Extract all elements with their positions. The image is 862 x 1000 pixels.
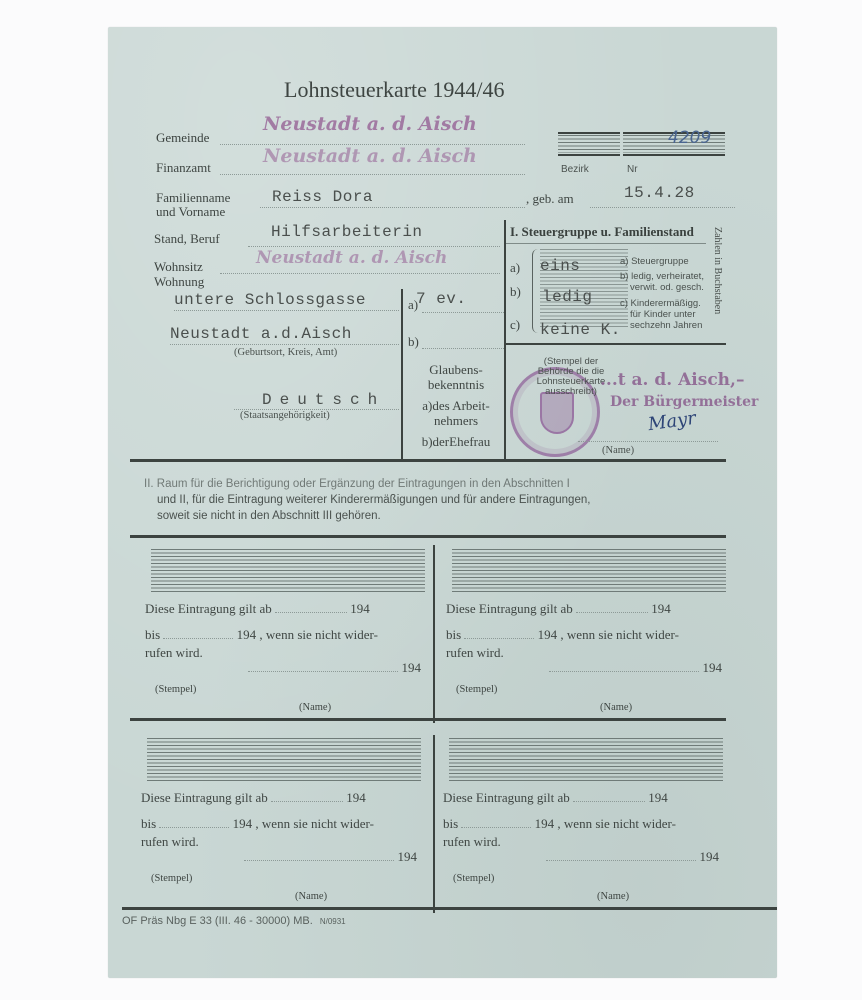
entry-4-date-year: 194 (700, 849, 720, 864)
entry-1-rufen: rufen wird. (145, 645, 203, 661)
bezirk-label: Bezirk (561, 164, 589, 175)
staatsangehoerigkeit-caption: (Staatsangehörigkeit) (240, 410, 330, 421)
section-divider-top (130, 459, 726, 462)
finanzamt-field-line (220, 174, 525, 175)
entry-1-bis-label: bis (145, 627, 160, 642)
entry-2-bis-field[interactable] (464, 638, 534, 639)
entry-2-date-field[interactable] (549, 671, 699, 672)
section-1-row-c-label: c) (510, 317, 520, 333)
entry-3-gilt-ab-label: Diese Eintragung gilt ab (141, 790, 268, 805)
authority-name-caption: (Name) (602, 445, 634, 456)
entry-1-gilt-ab-label: Diese Eintragung gilt ab (145, 601, 272, 616)
entry-1-bis-field[interactable] (163, 638, 233, 639)
entry-4-date-field[interactable] (546, 860, 696, 861)
entry-4-stempel: (Stempel) (453, 873, 494, 884)
entry-2-bis-label: bis (446, 627, 461, 642)
geb-field-line (590, 207, 735, 208)
tax-card: Lohnsteuerkarte 1944/46 Gemeinde Neustad… (108, 27, 777, 978)
section-2-text-line-2: und II, für die Eintragung weiterer Kind… (144, 492, 590, 508)
entry-3-name: (Name) (295, 891, 327, 902)
entry-4-bis: bis 194 , wenn sie nicht wider- (443, 816, 676, 832)
entry-4-bis-year: 194 (535, 816, 555, 831)
wohnung-label: Wohnung (154, 274, 204, 290)
nr-box-bottom (623, 154, 725, 156)
geburtsort-value: Neustadt a.d.Aisch (170, 325, 352, 343)
authority-name-line (578, 441, 718, 442)
legend-c-3: sechzehn Jahren (630, 320, 702, 331)
wohnung-field-line (174, 310, 399, 311)
entry-3-date: 194 (244, 849, 417, 865)
section-1-bottom-rule (506, 343, 726, 345)
beruf-field-line (248, 246, 500, 247)
entry-block-2: Diese Eintragung gilt ab 194 bis 194 , w… (446, 541, 736, 711)
section-2-text-line-3: soweit sie nicht in den Abschnitt III ge… (144, 508, 590, 524)
section-divider-2 (130, 535, 726, 538)
geb-label: , geb. am (526, 191, 574, 207)
wohnsitz-field-line (220, 273, 500, 274)
section-1-heading: I. Steuergruppe u. Familienstand (510, 224, 694, 240)
geburtsort-caption: (Geburtsort, Kreis, Amt) (234, 347, 337, 358)
entry-4-bis-label: bis (443, 816, 458, 831)
entry-3-lined-area[interactable] (147, 738, 421, 782)
entry-1-name: (Name) (299, 702, 331, 713)
entry-2-lined-area[interactable] (452, 549, 726, 593)
entry-3-date-year: 194 (398, 849, 418, 864)
entry-3-bis-year: 194 (233, 816, 253, 831)
entry-2-bis-year: 194 (538, 627, 558, 642)
legend-c-2: für Kinder unter (630, 309, 695, 320)
wohnung-value: untere Schlossgasse (174, 291, 366, 309)
religion-caption-2: bekenntnis (406, 377, 506, 392)
religion-caption-4: nehmers (406, 413, 506, 428)
entry-divider-bottom (433, 735, 435, 913)
entry-2-stempel: (Stempel) (456, 684, 497, 695)
entry-1-gilt-ab-field[interactable] (275, 612, 347, 613)
entry-4-lined-area[interactable] (449, 738, 723, 782)
footer: OF Präs Nbg E 33 (III. 46 - 30000) MB. N… (122, 915, 346, 927)
religion-b-line (422, 348, 504, 349)
section-1-row-b-value: ledig (542, 288, 593, 306)
entry-4-gilt-ab-label: Diese Eintragung gilt ab (443, 790, 570, 805)
entry-4-rufen: rufen wird. (443, 834, 501, 850)
entry-2-year: 194 (651, 601, 671, 616)
entry-4-year: 194 (648, 790, 668, 805)
entry-1-date: 194 (248, 660, 421, 676)
entry-1-stempel: (Stempel) (155, 684, 196, 695)
religion-caption: Glaubens- bekenntnis a)des Arbeit- nehme… (406, 362, 506, 449)
legend-a: a) Steuergruppe (620, 256, 689, 267)
document-title: Lohnsteuerkarte 1944/46 (284, 77, 505, 103)
entry-2-date-year: 194 (703, 660, 723, 675)
section-divider-bottom (122, 907, 777, 910)
authority-stamp-line-1: ...t a. d. Aisch,– (600, 370, 744, 390)
footer-serial: N/0931 (320, 917, 346, 926)
entry-block-3: Diese Eintragung gilt ab 194 bis 194 , w… (141, 730, 431, 900)
entry-1-gilt-ab: Diese Eintragung gilt ab 194 (145, 601, 370, 617)
section-1-row-c-value: keine K. (540, 321, 621, 339)
entry-2-gilt-ab-field[interactable] (576, 612, 648, 613)
entry-3-rufen: rufen wird. (141, 834, 199, 850)
section-divider-3 (130, 718, 726, 721)
entry-2-wenn: , wenn sie nicht wider- (560, 627, 679, 642)
section-1-heading-rule (506, 243, 706, 244)
coat-of-arms-icon (540, 392, 574, 434)
entry-4-gilt-ab: Diese Eintragung gilt ab 194 (443, 790, 668, 806)
section-1-row-a-value: eins (540, 257, 580, 275)
entry-1-date-field[interactable] (248, 671, 398, 672)
entry-2-rufen: rufen wird. (446, 645, 504, 661)
religion-caption-1: Glaubens- (406, 362, 506, 377)
section-1-row-a-label: a) (510, 260, 520, 276)
entry-2-date: 194 (549, 660, 722, 676)
entry-block-1: Diese Eintragung gilt ab 194 bis 194 , w… (145, 541, 435, 711)
geb-value: 15.4.28 (624, 184, 695, 202)
entry-4-bis-field[interactable] (461, 827, 531, 828)
entry-3-year: 194 (346, 790, 366, 805)
entry-3-gilt-ab: Diese Eintragung gilt ab 194 (141, 790, 366, 806)
entry-3-date-field[interactable] (244, 860, 394, 861)
signature: Mayr (647, 408, 697, 435)
entry-3-bis-field[interactable] (159, 827, 229, 828)
entry-2-gilt-ab-label: Diese Eintragung gilt ab (446, 601, 573, 616)
wohnsitz-label: Wohnsitz (154, 259, 203, 275)
legend-b-2: verwit. od. gesch. (630, 282, 704, 293)
entry-4-wenn: , wenn sie nicht wider- (557, 816, 676, 831)
entry-1-bis-year: 194 (237, 627, 257, 642)
entry-4-gilt-ab-field[interactable] (573, 801, 645, 802)
wohnsitz-stamp: Neustadt a. d. Aisch (256, 248, 447, 268)
finanzamt-label: Finanzamt (156, 160, 211, 176)
section-1-row-b-label: b) (510, 284, 521, 300)
name-value: Reiss Dora (272, 188, 373, 206)
entry-1-date-year: 194 (402, 660, 422, 675)
geburtsort-field-line (170, 344, 399, 345)
name-field-line (260, 207, 525, 208)
religion-a-value: 7 ev. (416, 290, 467, 308)
entry-4-date: 194 (546, 849, 719, 865)
section-1-divider (504, 220, 506, 460)
section-2-text: II. Raum für die Berichtigung oder Ergän… (144, 476, 590, 524)
religion-caption-3: a)des Arbeit- (406, 398, 506, 413)
nr-label: Nr (627, 164, 638, 175)
legend-c-1: c) Kinderermäßigg. (620, 298, 701, 309)
authority-stamp-line-2: Der Bürgermeister (610, 394, 758, 410)
finanzamt-stamp: Neustadt a. d. Aisch (263, 145, 477, 167)
entry-3-stempel: (Stempel) (151, 873, 192, 884)
religion-b-label: b) (408, 334, 419, 350)
religion-a-line (422, 312, 504, 313)
entry-4-name: (Name) (597, 891, 629, 902)
brace-icon (532, 249, 540, 333)
entry-2-bis: bis 194 , wenn sie nicht wider- (446, 627, 679, 643)
religion-divider-left (401, 289, 403, 459)
entry-3-wenn: , wenn sie nicht wider- (255, 816, 374, 831)
section-2-text-line-1: II. Raum für die Berichtigung oder Ergän… (144, 476, 590, 492)
religion-caption-5: b)derEhefrau (406, 434, 506, 449)
name-label-line-2: und Vorname (156, 205, 230, 219)
gemeinde-stamp: Neustadt a. d. Aisch (263, 113, 477, 135)
entry-1-bis: bis 194 , wenn sie nicht wider- (145, 627, 378, 643)
name-label: Familienname und Vorname (156, 191, 230, 219)
beruf-value: Hilfsarbeiterin (271, 223, 423, 241)
footer-print-code: OF Präs Nbg E 33 (III. 46 - 30000) MB. (122, 915, 313, 927)
bezirk-box-top (558, 132, 620, 134)
nr-value: 4209 (668, 128, 711, 148)
entry-2-gilt-ab: Diese Eintragung gilt ab 194 (446, 601, 671, 617)
entry-1-wenn: , wenn sie nicht wider- (259, 627, 378, 642)
gemeinde-label: Gemeinde (156, 130, 209, 146)
section-1-side-note: Zahlen in Buchstaben (712, 227, 723, 314)
name-label-line-1: Familienname (156, 191, 230, 205)
entry-3-bis: bis 194 , wenn sie nicht wider- (141, 816, 374, 832)
bezirk-box[interactable] (558, 135, 620, 153)
beruf-label: Stand, Beruf (154, 231, 220, 247)
entry-1-lined-area[interactable] (151, 549, 425, 593)
entry-3-bis-label: bis (141, 816, 156, 831)
entry-3-gilt-ab-field[interactable] (271, 801, 343, 802)
entry-1-year: 194 (350, 601, 370, 616)
staatsangehoerigkeit-value: Deutsch (262, 391, 385, 409)
legend-b-1: b) ledig, verheiratet, (620, 271, 704, 282)
entry-2-name: (Name) (600, 702, 632, 713)
entry-block-4: Diese Eintragung gilt ab 194 bis 194 , w… (443, 730, 733, 900)
bezirk-box-bottom (558, 154, 620, 156)
